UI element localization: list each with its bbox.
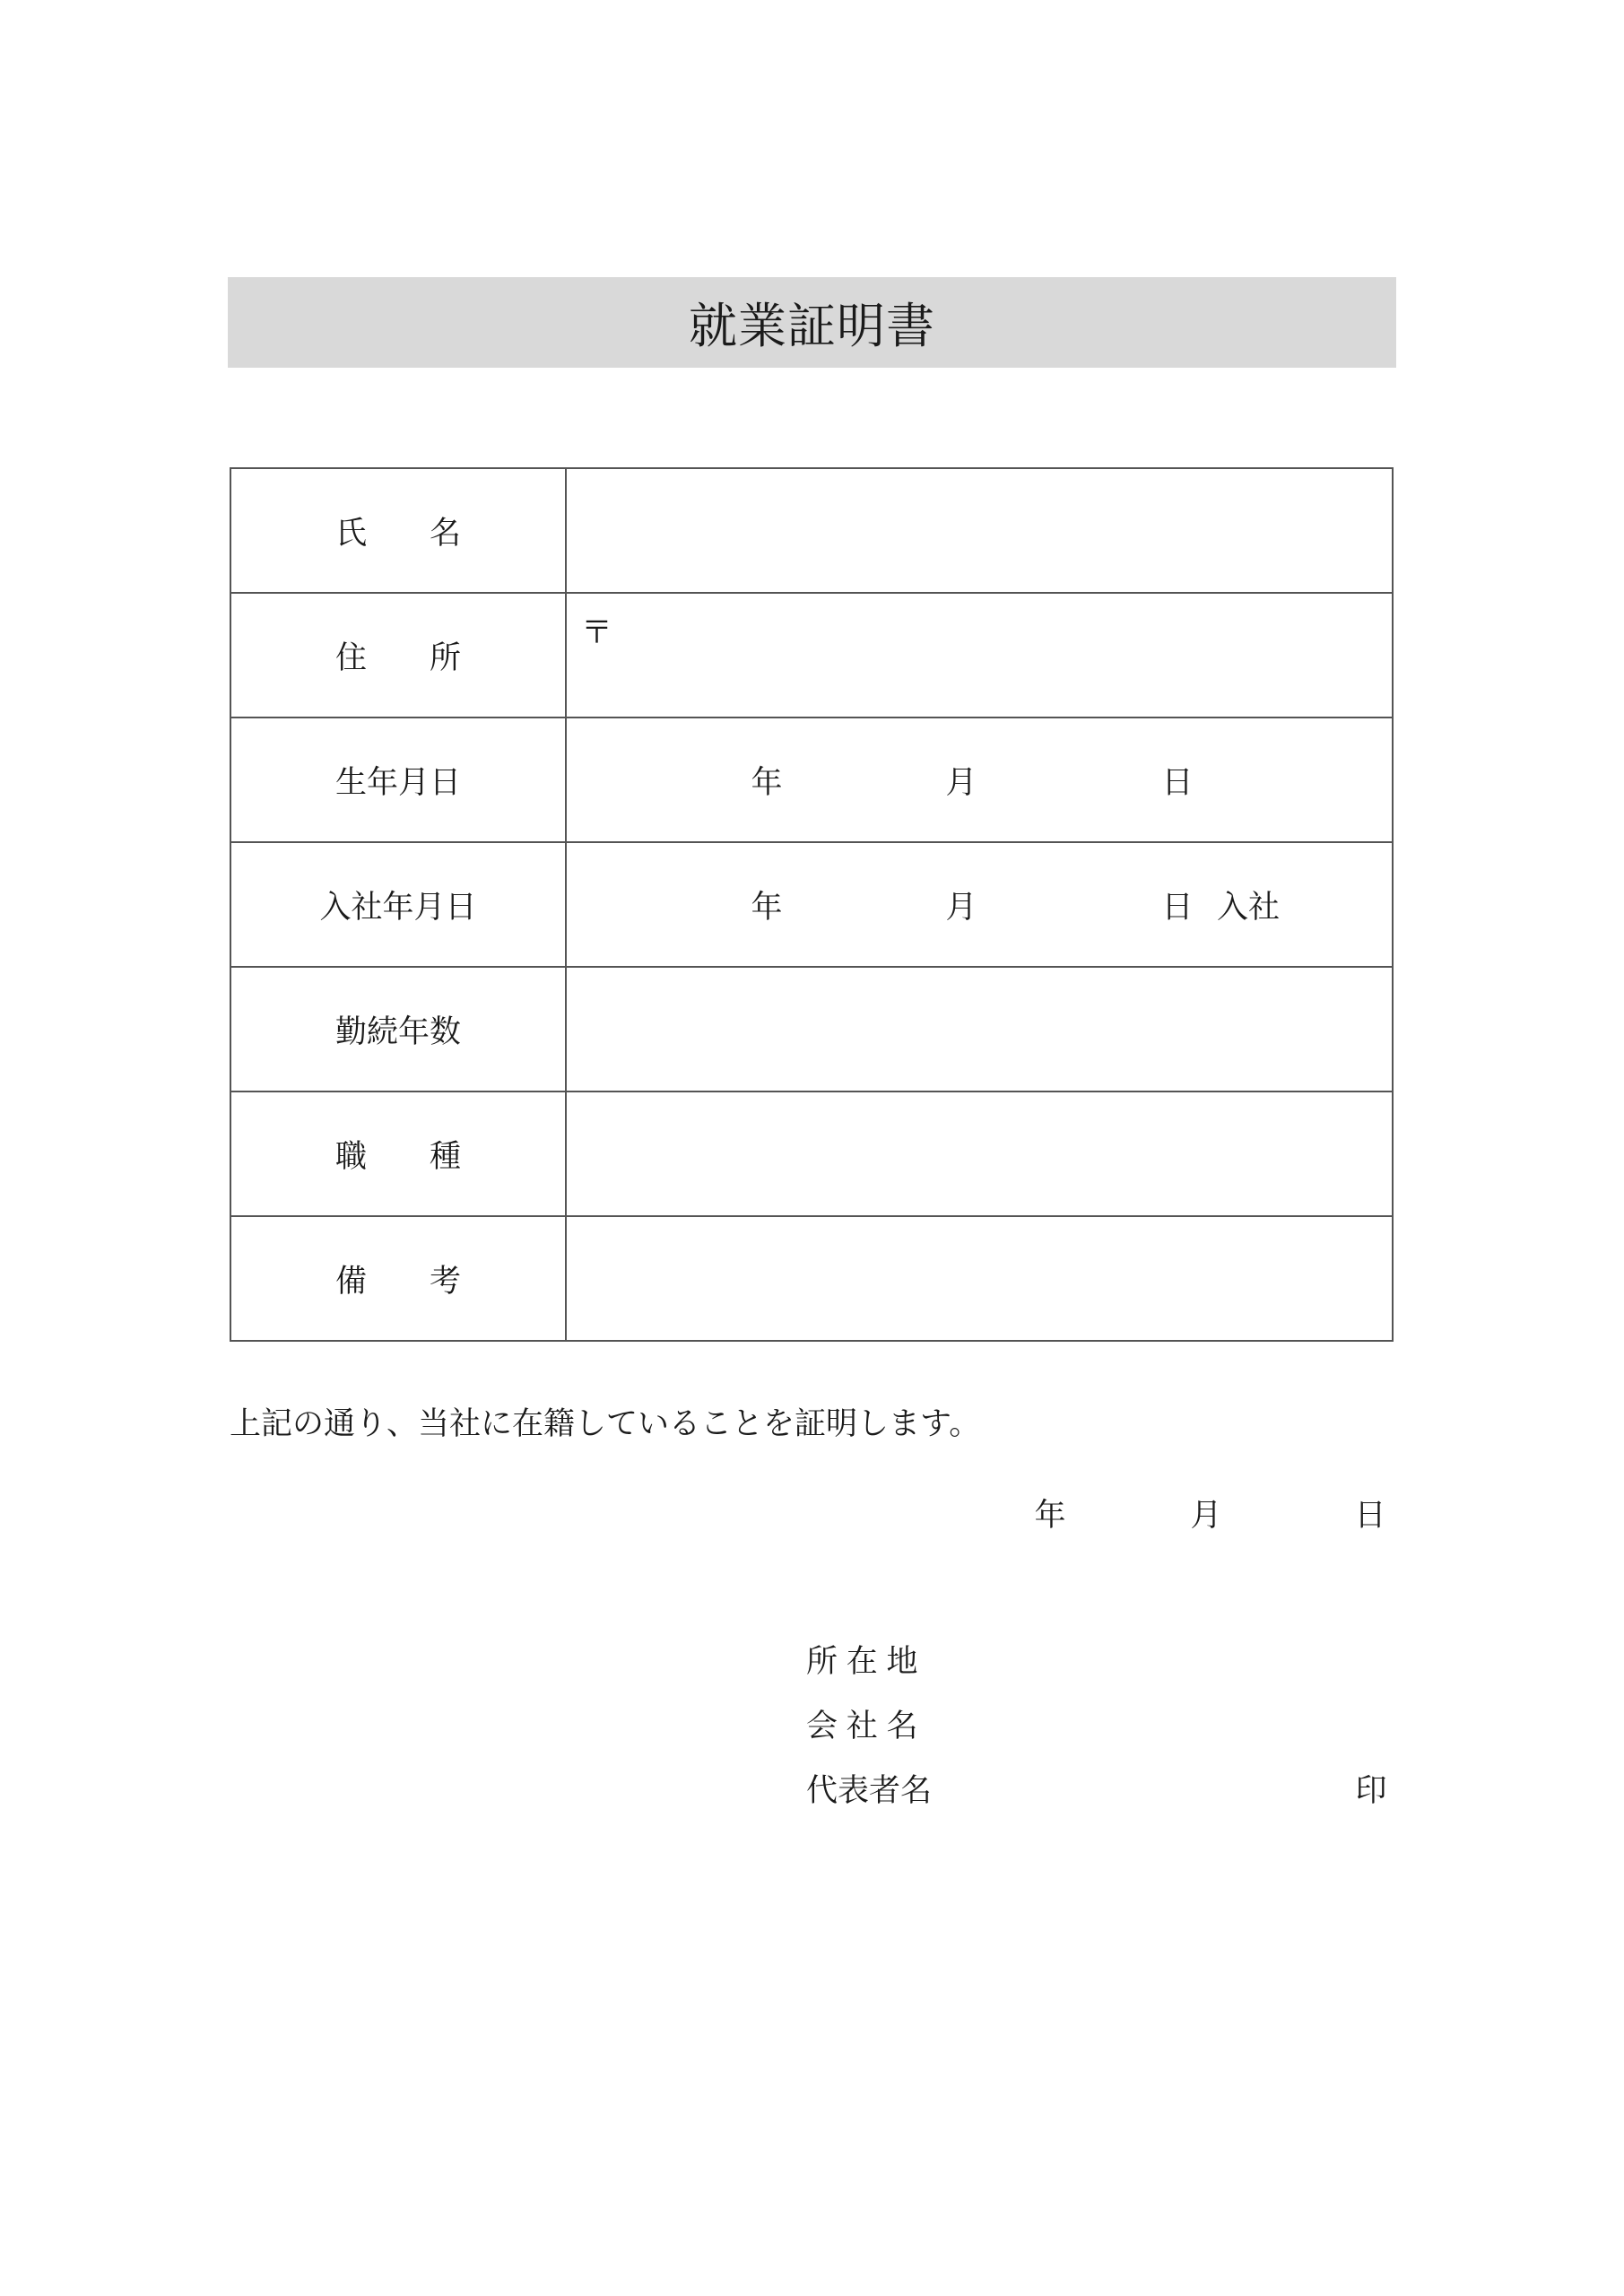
- seal-label: 印: [1355, 1766, 1386, 1811]
- statement-text: 上記の通り、当社に在籍していることを証明します。: [230, 1404, 980, 1445]
- birth-day-label: 日: [1161, 758, 1193, 803]
- join-year-label: 年: [751, 883, 782, 927]
- join-month-label: 月: [945, 883, 977, 927]
- issue-year-label: 年: [1034, 1491, 1065, 1535]
- company-location-label: 所 在 地: [806, 1637, 917, 1682]
- row-label-name: 氏 名: [231, 469, 565, 592]
- address-value-cell: 〒: [567, 594, 1392, 717]
- join-day-label: 日: [1161, 883, 1193, 927]
- remarks-value-cell: [567, 1217, 1392, 1340]
- title-banner: 就業証明書: [228, 277, 1396, 368]
- row-label-remarks: 備 考: [231, 1217, 565, 1340]
- occupation-value-cell: [567, 1092, 1392, 1215]
- row-label-address: 住 所: [231, 594, 565, 717]
- postal-mark: 〒: [581, 608, 612, 653]
- row-label-years-of-service: 勤続年数: [231, 968, 565, 1091]
- employment-table: 氏 名 住 所 〒 生年月日 年 月 日 入社年月日 年 月 日 入社 勤続年数…: [230, 467, 1394, 1342]
- join-suffix-label: 入社: [1217, 883, 1280, 927]
- issue-day-label: 日: [1354, 1491, 1385, 1535]
- document-page: 就業証明書 氏 名 住 所 〒 生年月日 年 月 日 入社年月日 年 月 日 入…: [0, 0, 1624, 2296]
- row-label-occupation: 職 種: [231, 1092, 565, 1215]
- row-label-join-date: 入社年月日: [231, 843, 565, 966]
- name-value-cell: [567, 469, 1392, 592]
- birth-month-label: 月: [945, 758, 977, 803]
- representative-name-label: 代表者名: [806, 1766, 932, 1811]
- issue-month-label: 月: [1190, 1491, 1221, 1535]
- join-date-value-cell: 年 月 日 入社: [567, 843, 1392, 966]
- years-of-service-value-cell: [567, 968, 1392, 1091]
- birth-year-label: 年: [751, 758, 782, 803]
- page-title: 就業証明書: [689, 288, 935, 357]
- company-name-label: 会 社 名: [806, 1701, 917, 1746]
- row-label-birthdate: 生年月日: [231, 718, 565, 841]
- birthdate-value-cell: 年 月 日: [567, 718, 1392, 841]
